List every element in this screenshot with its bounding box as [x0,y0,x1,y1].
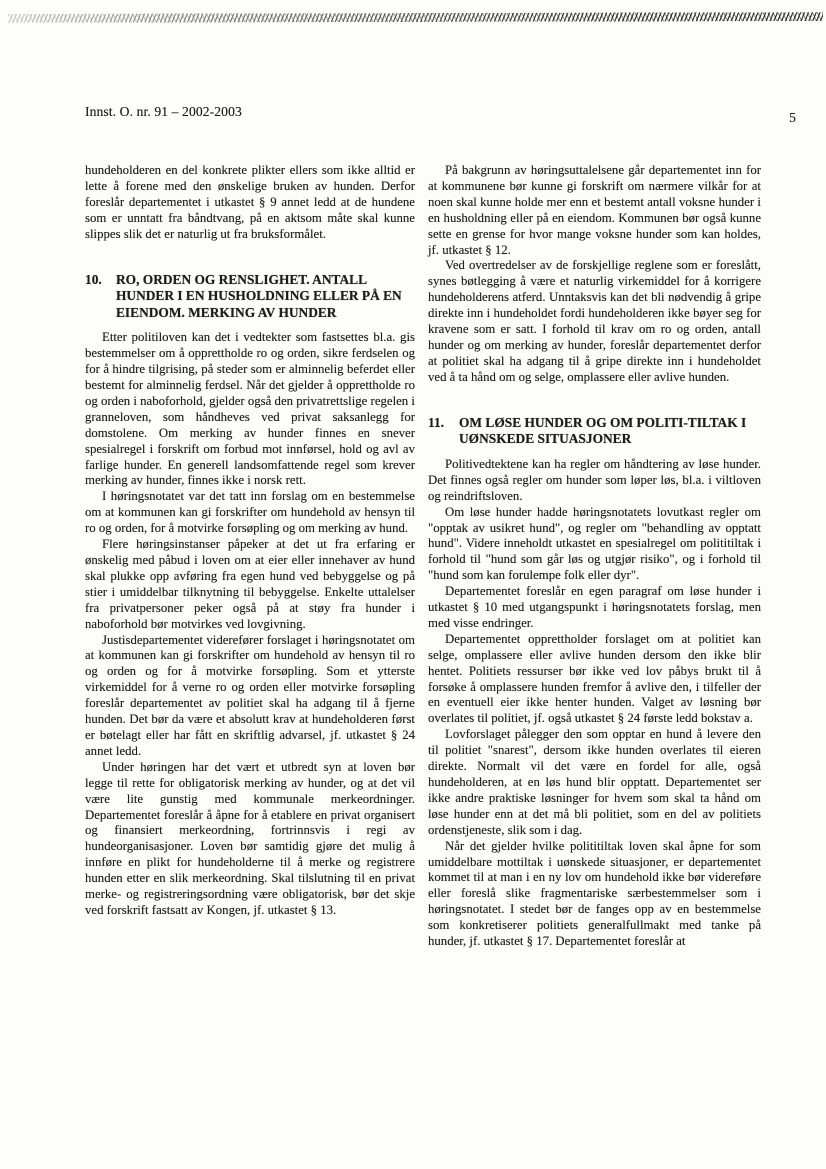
paragraph: Når det gjelder hvilke polititiltak love… [428,839,761,950]
paragraph: Departementet opprettholder forslaget om… [428,632,761,727]
section-number: 10. [85,272,116,322]
document-reference: Innst. O. nr. 91 – 2002-2003 [85,104,242,120]
paragraph: Om løse hunder hadde høringsnotatets lov… [428,505,761,585]
section-title: RO, ORDEN OG RENSLIGHET. ANTALL HUNDER I… [116,272,415,322]
section-heading-10: 10. RO, ORDEN OG RENSLIGHET. ANTALL HUND… [85,272,415,322]
page-header: Innst. O. nr. 91 – 2002-2003 5 [85,104,796,120]
paragraph: Lovforslaget pålegger den som opptar en … [428,727,761,838]
section-heading-11: 11. OM LØSE HUNDER OG OM POLITI-TILTAK I… [428,415,761,448]
paragraph-continuation: hundeholderen en del konkrete plikter el… [85,163,415,243]
paragraph: Departementet foreslår en egen paragraf … [428,584,761,632]
paragraph: Under høringen har det vært et utbredt s… [85,760,415,919]
paragraph: Justisdepartementet viderefører forslage… [85,633,415,760]
section-number: 11. [428,415,459,448]
page-number: 5 [789,110,796,126]
section-title: OM LØSE HUNDER OG OM POLITI-TILTAK I UØN… [459,415,761,448]
paragraph: Ved overtredelser av de forskjellige reg… [428,258,761,385]
scanned-document-page: Innst. O. nr. 91 – 2002-2003 5 hundehold… [0,0,826,1169]
paragraph: Etter politiloven kan det i vedtekter so… [85,330,415,489]
paragraph: Flere høringsinstanser påpeker at det ut… [85,537,415,632]
left-column: hundeholderen en del konkrete plikter el… [85,163,415,950]
torn-edge-scan-artifact [8,12,823,23]
paragraph: Politivedtektene kan ha regler om håndte… [428,457,761,505]
paragraph: På bakgrunn av høringsuttalelsene går de… [428,163,761,258]
two-column-text-body: hundeholderen en del konkrete plikter el… [85,163,761,950]
paragraph: I høringsnotatet var det tatt inn forsla… [85,489,415,537]
right-column: På bakgrunn av høringsuttalelsene går de… [428,163,761,950]
